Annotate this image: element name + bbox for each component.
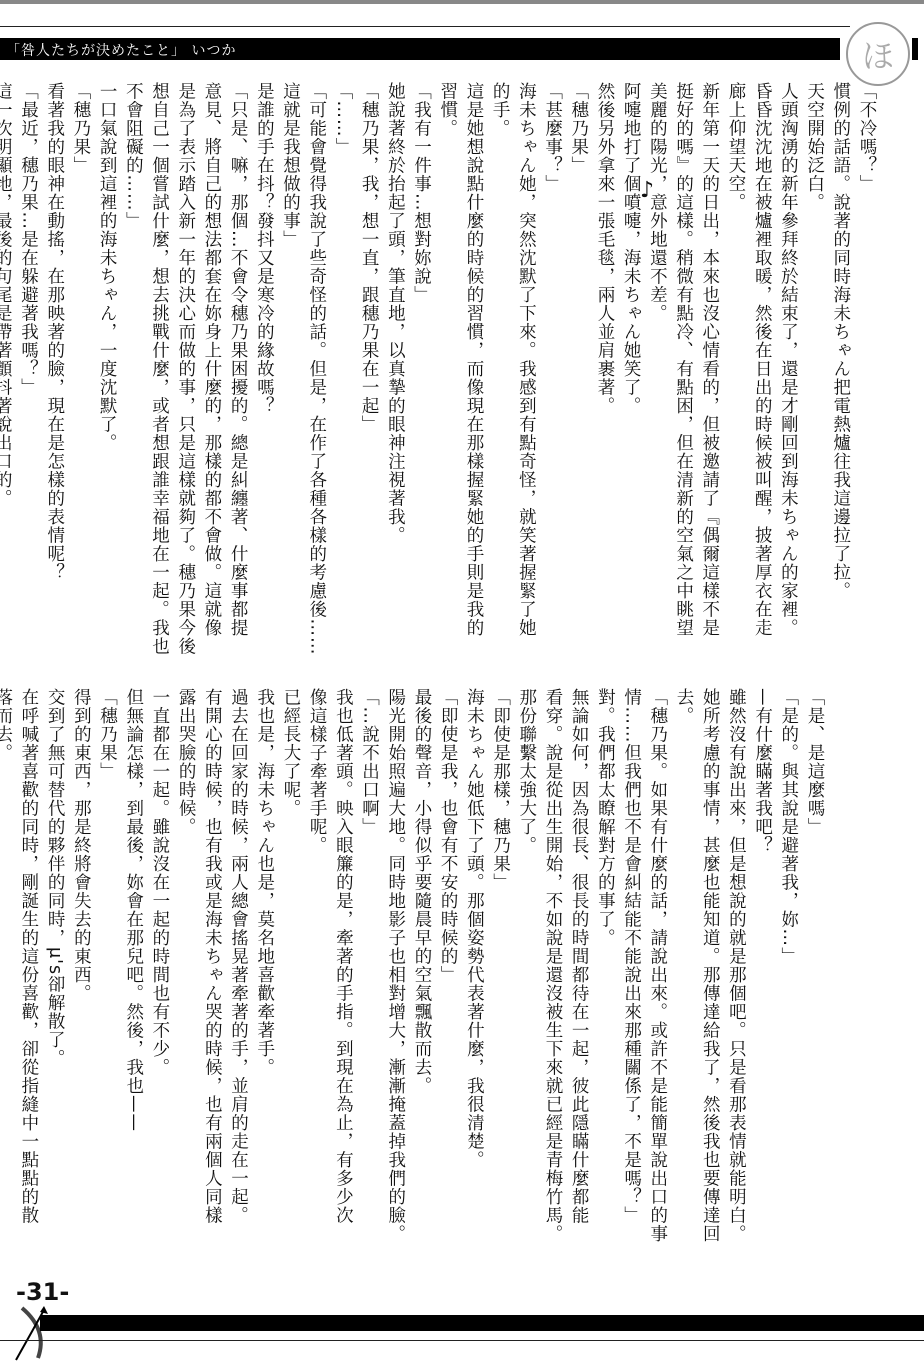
circle-logo-icon: ほ — [846, 22, 910, 86]
text-column: 「即使是那樣，穗乃果」 — [487, 688, 513, 1248]
text-column: 習慣。 — [435, 82, 461, 642]
text-column: 「即使是我，也會有不安的時候的」 — [435, 688, 461, 1248]
text-column: 然後另外拿來一張毛毯，兩人並肩裹著。 — [592, 82, 618, 642]
text-column: 露出哭臉的時候。 — [173, 688, 199, 1248]
text-column: 得到的東西，那是終將會失去的東西。 — [68, 688, 94, 1248]
text-column: 「可能會覺得我說了些奇怪的話。但是，在作了各種各樣的考慮後…… — [304, 82, 330, 642]
text-column: 在呼喊著喜歡的同時，剛誕生的這份喜歡，卻從指縫中一點點的散 — [16, 688, 42, 1248]
text-column: 人頭洶湧的新年參拜終於結束了，還是才剛回到海未ちゃん的家裡。 — [775, 82, 801, 642]
header-tick — [912, 38, 918, 60]
text-column: 是為了表示踏入新一年的決心而做的事，只是這樣就夠了。穗乃果今後 — [173, 82, 199, 642]
text-column: 她說著終於抬起了頭，筆直地，以真摯的眼神注視著我。 — [382, 82, 408, 642]
text-column: 美麗的陽光，意外地還不差。 — [644, 82, 670, 642]
text-column: 這一次明顯地，最後的句尾是帶著顫抖著說出口的。 — [0, 82, 15, 642]
text-column: 「……」 — [330, 82, 356, 642]
text-column: 一直都在一起。雖說沒在一起的時間也有不少。 — [147, 688, 173, 1248]
text-column: 對。我們都太瞭解對方的事了。 — [592, 688, 618, 1248]
text-column: 一口氣說到這裡的海未ちゃん，一度沈默了。 — [94, 82, 120, 642]
text-column: 雖然沒有說出來，但是想說的就是那個吧。只是看那表情就能明白。 — [723, 688, 749, 1248]
text-column: 「穗乃果。如果有什麼的話，請說出來。或許不是能簡單說出口的事 — [645, 688, 671, 1248]
text-column: —有什麼瞞著我吧？ — [749, 688, 775, 1248]
text-block-bottom: 「是、是這麼嗎」「是的。與其說是避著我，妳…」—有什麼瞞著我吧？雖然沒有說出來，… — [0, 688, 828, 1248]
text-column: 交到了無可替代的夥伴的同時，μ's卻解散了。 — [42, 688, 68, 1248]
text-column: 「穗乃果」 — [68, 82, 94, 642]
text-column: 「只是、嘛，那個…不會令穗乃果困擾的。總是糾纏著、什麼事都提 — [225, 82, 251, 642]
text-column: 新年第一天的日出，本來也沒心情看的，但被邀請了『偶爾這樣不是 — [697, 82, 723, 642]
text-column: 這是她想說點什麼的時候的習慣，而像現在那樣握緊她的手則是我的 — [461, 82, 487, 642]
text-column: 這就是我想做的事」 — [277, 82, 303, 642]
text-column: 不會阻礙的……」 — [120, 82, 146, 642]
text-column: 意見、將自己的想法都套在妳身上什麼的，那樣的都不會做。這就像 — [199, 82, 225, 642]
chapter-title: 「咎人たちが決めたこと」 いつか — [6, 40, 236, 60]
text-column: 天空開始泛白。 — [801, 82, 827, 642]
text-column: 我也低著頭。映入眼簾的是，牽著的手指。到現在為止，有多少次 — [330, 688, 356, 1248]
text-column: 「是的。與其說是避著我，妳…」 — [776, 688, 802, 1248]
text-column: 是誰的手在抖？發抖又是寒冷的緣故嗎？ — [251, 82, 277, 642]
text-column: 「是、是這麼嗎」 — [802, 688, 828, 1248]
text-column: 最後的聲音，小得似乎要隨晨早的空氣飄散而去。 — [409, 688, 435, 1248]
text-block-top: 「不冷嗎？」慣例的話語。說著的同時海未ちゃん把電熱爐往我這邊拉了拉。天空開始泛白… — [0, 82, 880, 642]
text-column: 看穿。說是從出生開始，不如說是還沒被生下來就已經是青梅竹馬。 — [540, 688, 566, 1248]
scan-edge — [0, 0, 924, 4]
text-column: 「穗乃果」 — [94, 688, 120, 1248]
text-column: 慣例的話語。說著的同時海未ちゃん把電熱爐往我這邊拉了拉。 — [828, 82, 854, 642]
text-column: 陽光開始照遍大地。同時地影子也相對增大，漸漸掩蓋掉我們的臉。 — [383, 688, 409, 1248]
text-column: 阿嚏地打了個噴嚏，海未ちゃん她笑了。 — [618, 82, 644, 642]
text-column: 海未ちゃん她低下了頭。那個姿勢代表著什麼，我很清楚。 — [461, 688, 487, 1248]
text-column: 過去在回家的時候，兩人總會搖晃著牽著的手，並肩的走在一起。 — [225, 688, 251, 1248]
text-column: 我也是，海未ちゃん也是，莫名地喜歡牽著手。 — [252, 688, 278, 1248]
text-column: 但無論怎樣，到最後，妳會在那兒吧。然後，我也—— — [121, 688, 147, 1248]
text-column: 「穗乃果，我，想一直，跟穗乃果在一起」 — [356, 82, 382, 642]
text-column: 想自己一個嘗試什麼，想去挑戰什麼，或者想跟誰幸福地在一起。我也 — [146, 82, 172, 642]
text-column: 她所考慮的事情，甚麼也能知道。那傳達給我了，然後我也要傳達回 — [697, 688, 723, 1248]
footer-rule — [0, 1340, 924, 1341]
text-column: 「不冷嗎？」 — [854, 82, 880, 642]
text-column: 「…說不出口啊」 — [356, 688, 382, 1248]
text-column: 「穗乃果」 — [566, 82, 592, 642]
text-column: 有開心的時候，也有我或是海未ちゃん哭的時候，也有兩個人同樣 — [199, 688, 225, 1248]
text-column: 挺好的嗎』的這樣。稍微有點冷、有點困，但在清新的空氣之中眺望 — [670, 82, 696, 642]
text-column: 的手。 — [487, 82, 513, 642]
text-column: 像這樣子牽著手呢。 — [304, 688, 330, 1248]
text-column: 那份聯繫太強大了。 — [514, 688, 540, 1248]
text-column: 昏昏沈沈地在被爐裡取暖，然後在日出的時候被叫醒，披著厚衣在走 — [749, 82, 775, 642]
text-column: 情……但我們也不是會糾結能不能說出來那種關係了，不是嗎？」 — [618, 688, 644, 1248]
text-column: 廊上仰望天空。 — [723, 82, 749, 642]
text-column: 去。 — [671, 688, 697, 1248]
text-column: 「我有一件事…想對妳說」 — [408, 82, 434, 642]
text-column: 落而去。 — [0, 688, 16, 1248]
text-column: 「最近，穗乃果…是在躲避著我嗎？」 — [15, 82, 41, 642]
text-column: 「甚麼事？」 — [539, 82, 565, 642]
text-column: 看著我的眼神在動搖，在那映著的臉，現在是怎樣的表情呢？ — [42, 82, 68, 642]
footer-bar — [40, 1315, 924, 1331]
text-column: 已經長大了呢。 — [278, 688, 304, 1248]
text-column: 無論如何，因為很長、很長的時間都待在一起，彼此隱瞞什麼都能 — [566, 688, 592, 1248]
text-column: 海未ちゃん她，突然沈默了下來。我感到有點奇怪，就笑著握緊了她 — [513, 82, 539, 642]
logo-glyph: ほ — [862, 31, 894, 77]
header-rule — [0, 26, 850, 27]
bow-arrow-icon — [8, 1300, 68, 1363]
